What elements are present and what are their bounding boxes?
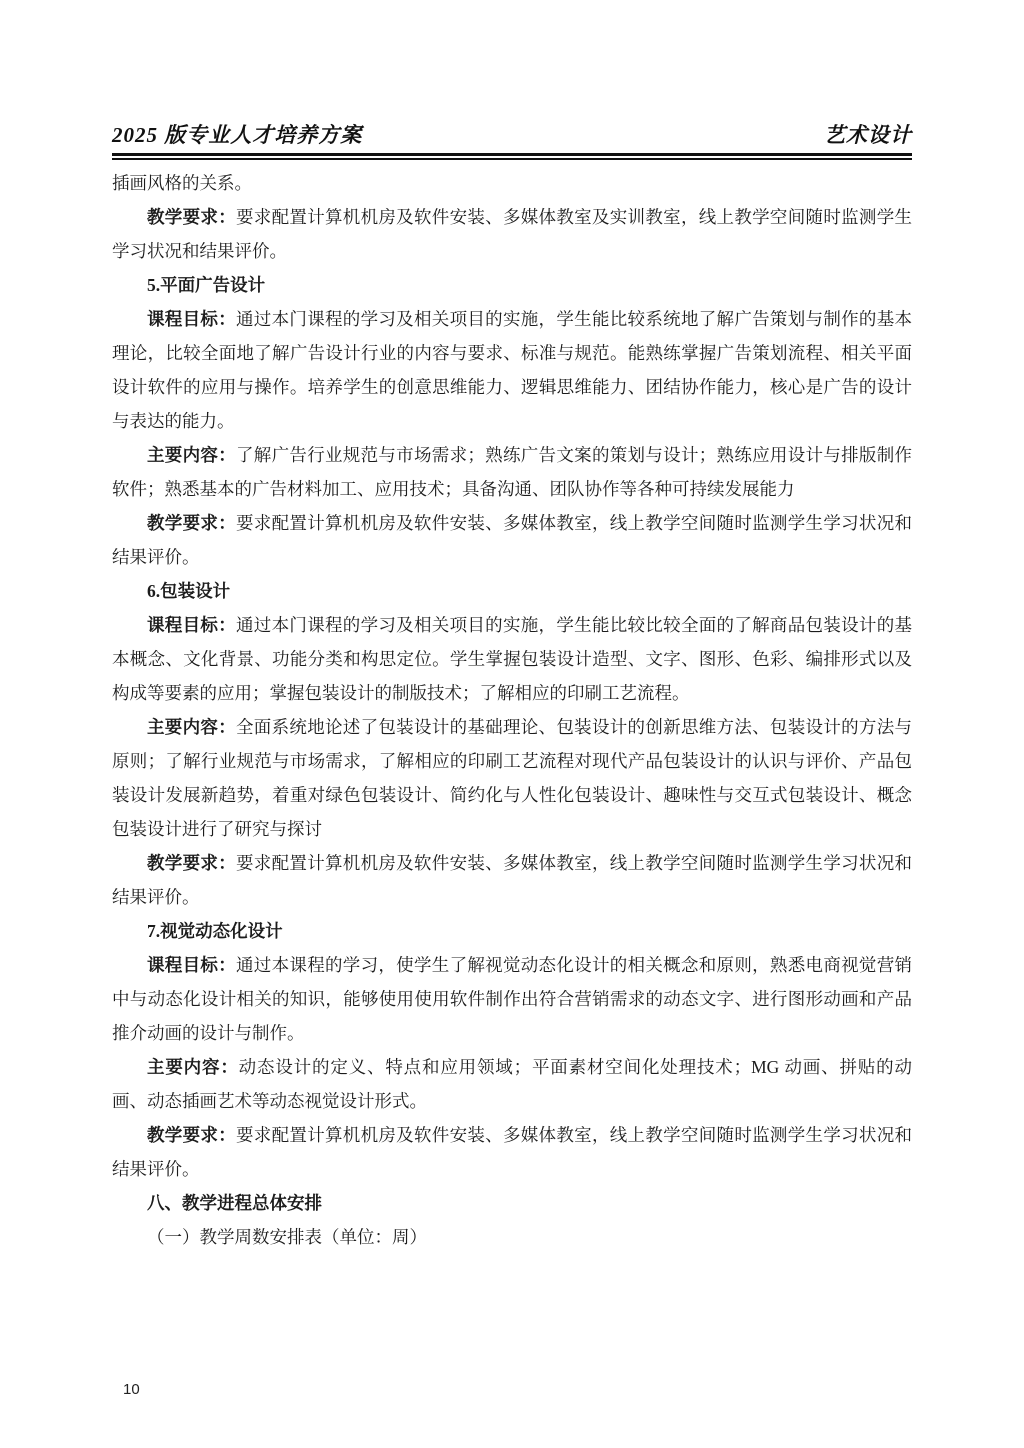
paragraph-course-goal: 课程目标：通过本课程的学习，使学生了解视觉动态化设计的相关概念和原则，熟悉电商视… (112, 948, 912, 1050)
page-header: 2025 版专业人才培养方案 艺术设计 (112, 0, 912, 160)
paragraph-label: 教学要求： (147, 1125, 236, 1145)
paragraph-main-content: 主要内容：全面系统地论述了包装设计的基础理论、包装设计的创新思维方法、包装设计的… (112, 710, 912, 846)
paragraph-text: 插画风格的关系。 (112, 173, 252, 193)
heading-text: 5.平面广告设计 (147, 275, 265, 295)
heading-text: 八、教学进程总体安排 (147, 1193, 322, 1213)
paragraph-teaching-requirement: 教学要求：要求配置计算机机房及软件安装、多媒体教室及实训教室，线上教学空间随时监… (112, 200, 912, 268)
paragraph-subsection-title: （一）教学周数安排表（单位：周） (112, 1220, 912, 1254)
page-header-row: 2025 版专业人才培养方案 艺术设计 (112, 122, 912, 149)
heading-text: 6.包装设计 (147, 581, 230, 601)
section-heading-6: 6.包装设计 (112, 574, 912, 608)
section-heading-5: 5.平面广告设计 (112, 268, 912, 302)
paragraph-label: 课程目标： (147, 615, 236, 635)
section-heading-7: 7.视觉动态化设计 (112, 914, 912, 948)
paragraph-text: （一）教学周数安排表（单位：周） (147, 1227, 427, 1247)
header-title-left: 2025 版专业人才培养方案 (112, 122, 362, 149)
paragraph-main-content: 主要内容：动态设计的定义、特点和应用领域；平面素材空间化处理技术；MG 动画、拼… (112, 1050, 912, 1118)
section-heading-8: 八、教学进程总体安排 (112, 1186, 912, 1220)
paragraph-label: 课程目标： (147, 955, 236, 975)
page-number: 10 (123, 1381, 140, 1398)
document-body: 插画风格的关系。 教学要求：要求配置计算机机房及软件安装、多媒体教室及实训教室，… (112, 166, 912, 1254)
paragraph-label: 主要内容： (147, 445, 236, 465)
document-page: 2025 版专业人才培养方案 艺术设计 插画风格的关系。 教学要求：要求配置计算… (0, 0, 1024, 1448)
heading-text: 7.视觉动态化设计 (147, 921, 283, 941)
paragraph-label: 主要内容： (147, 1057, 239, 1077)
paragraph-label: 教学要求： (147, 853, 236, 873)
paragraph-teaching-requirement: 教学要求：要求配置计算机机房及软件安装、多媒体教室，线上教学空间随时监测学生学习… (112, 846, 912, 914)
paragraph-teaching-requirement: 教学要求：要求配置计算机机房及软件安装、多媒体教室，线上教学空间随时监测学生学习… (112, 506, 912, 574)
paragraph-label: 主要内容： (147, 717, 236, 737)
paragraph-label: 课程目标： (147, 309, 236, 329)
paragraph-course-goal: 课程目标：通过本门课程的学习及相关项目的实施，学生能比较系统地了解广告策划与制作… (112, 302, 912, 438)
header-title-right: 艺术设计 (824, 122, 912, 149)
paragraph-main-content: 主要内容：了解广告行业规范与市场需求；熟练广告文案的策划与设计；熟练应用设计与排… (112, 438, 912, 506)
paragraph-label: 教学要求： (147, 207, 236, 227)
paragraph-teaching-requirement: 教学要求：要求配置计算机机房及软件安装、多媒体教室，线上教学空间随时监测学生学习… (112, 1118, 912, 1186)
paragraph-course-goal: 课程目标：通过本门课程的学习及相关项目的实施，学生能比较比较全面的了解商品包装设… (112, 608, 912, 710)
paragraph-label: 教学要求： (147, 513, 236, 533)
page-footer: 10 (123, 1381, 140, 1398)
header-divider (112, 153, 912, 160)
paragraph-continuation: 插画风格的关系。 (112, 166, 912, 200)
